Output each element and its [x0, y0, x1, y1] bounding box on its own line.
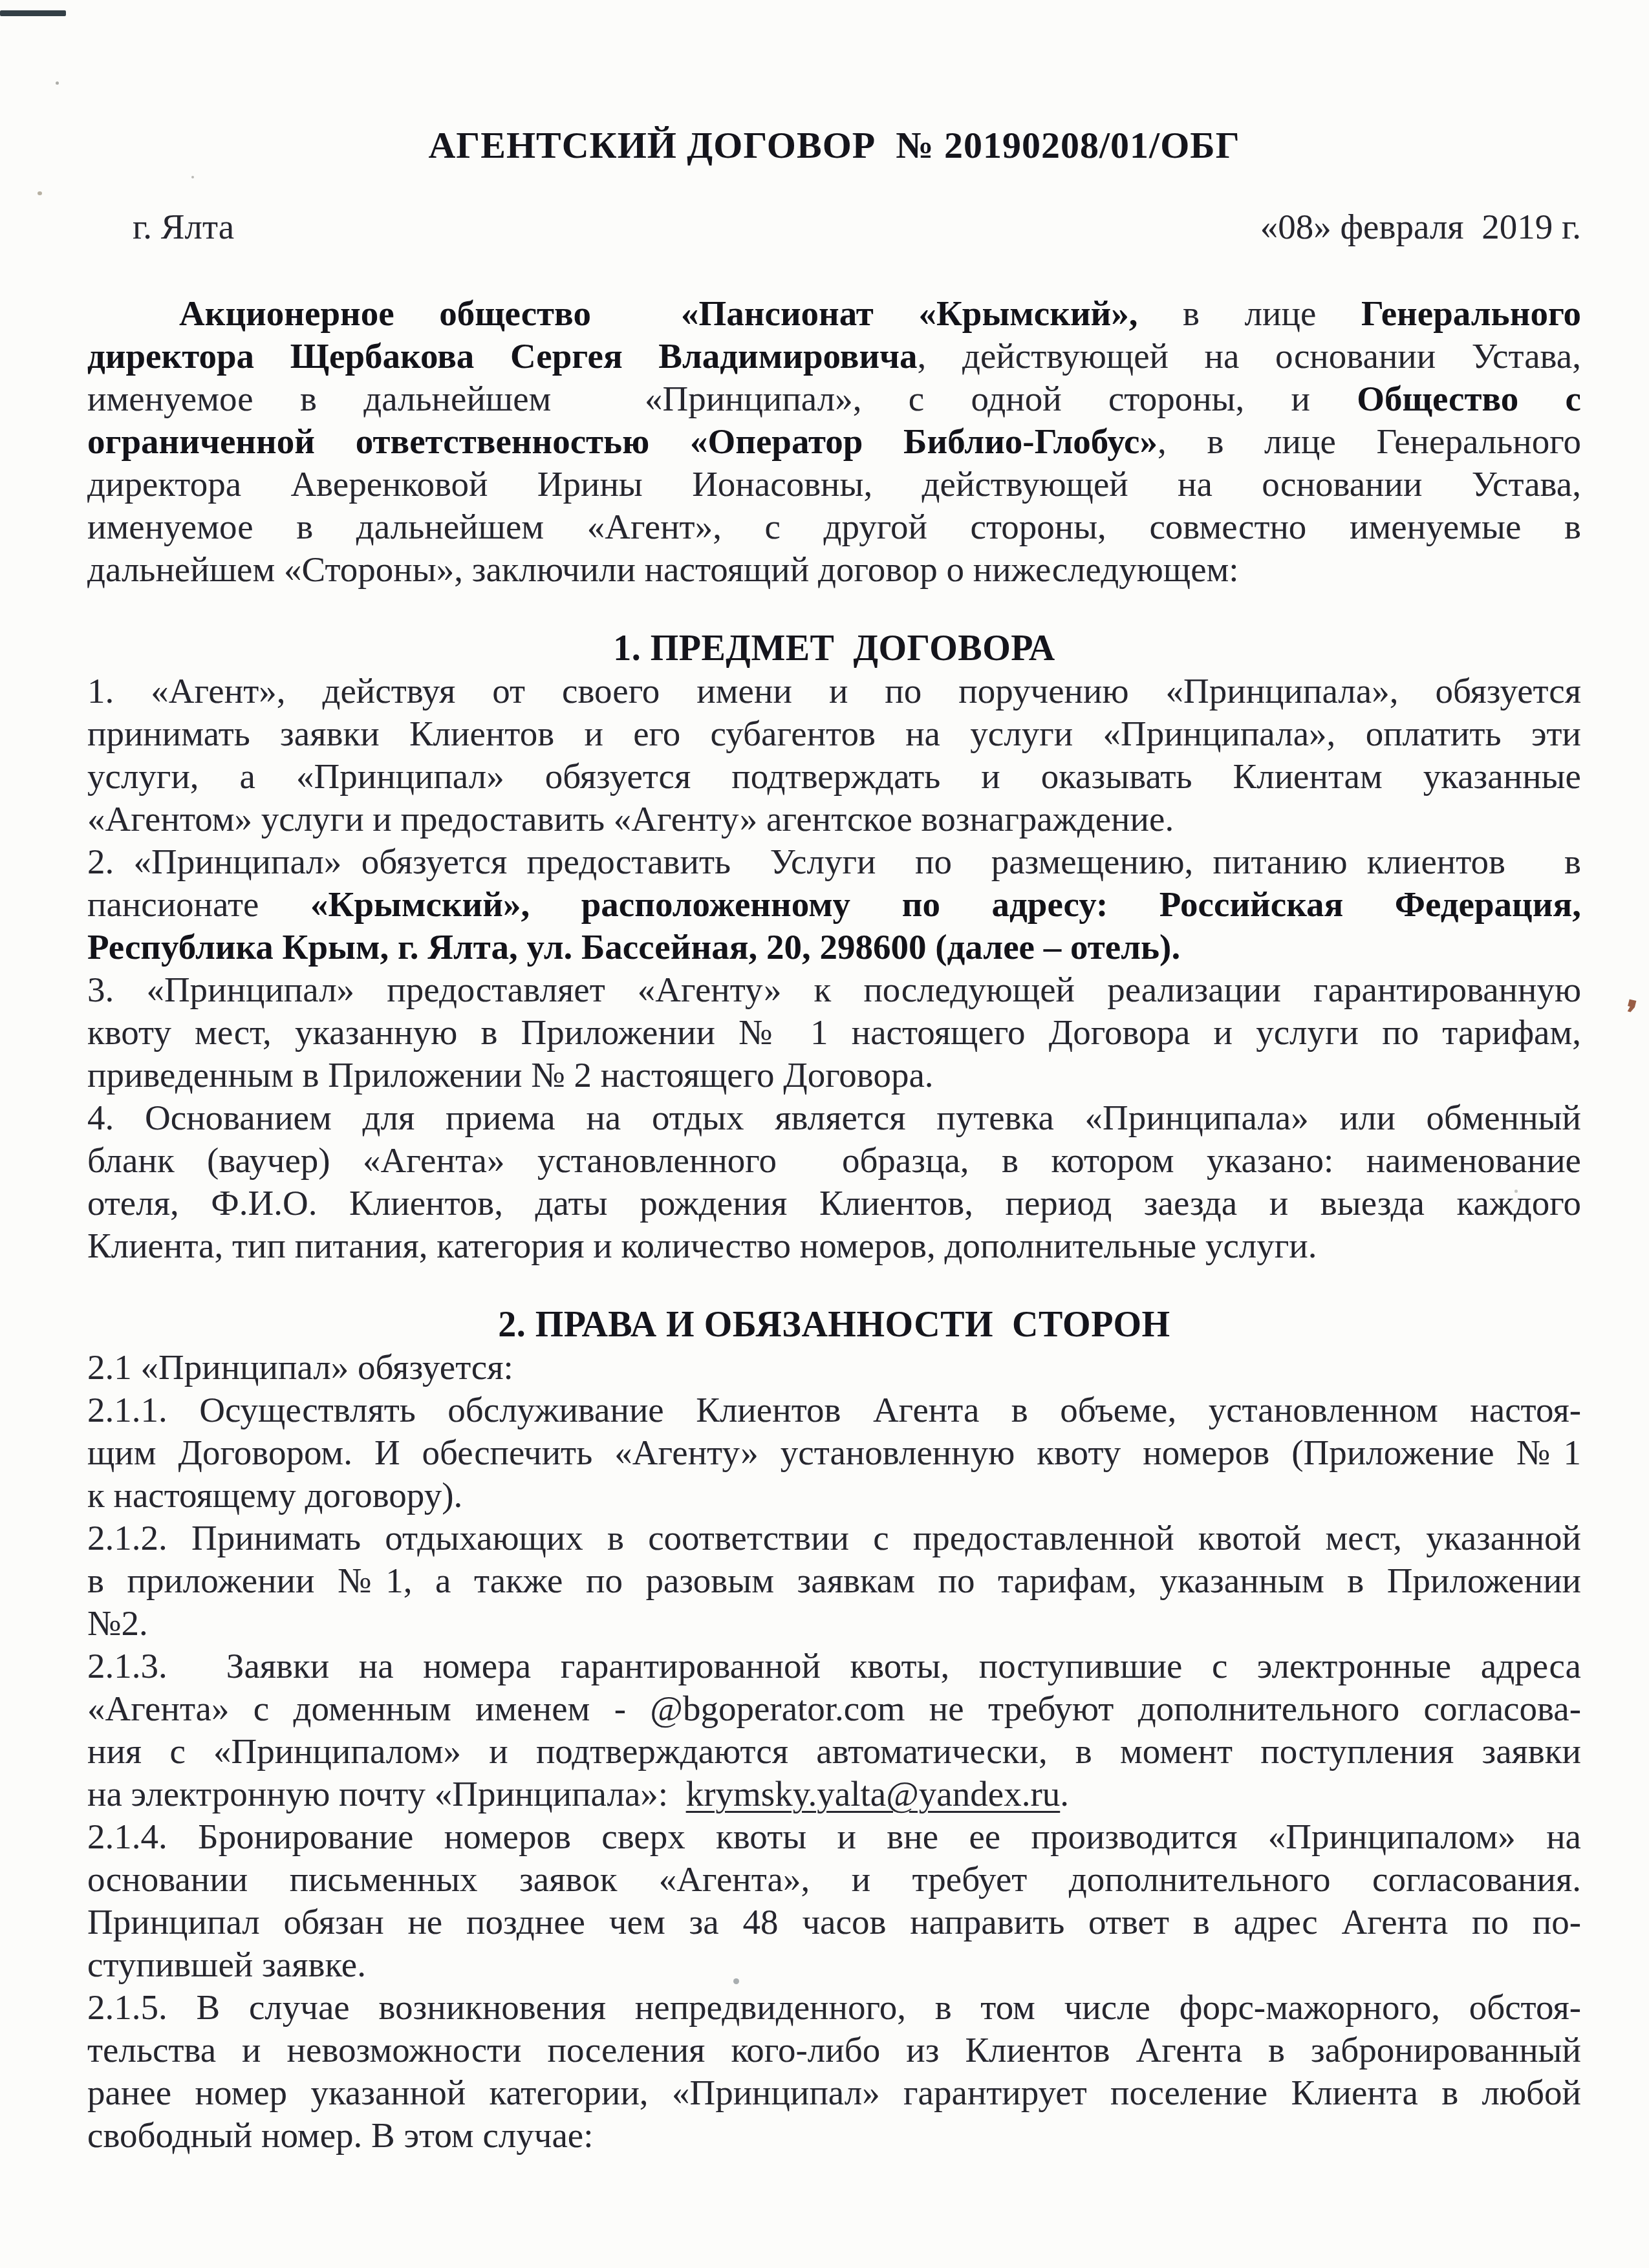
- scan-artifact-fleck: ❜: [1620, 994, 1640, 1034]
- text-line: 1. «Агент», действуя от своего имени и п…: [87, 670, 1581, 712]
- clause-2-1-5: 2.1.5. В случае возникновения непредвиде…: [87, 1986, 1581, 2157]
- text-segment: директора Щербакова Сергея Владимировича: [87, 336, 918, 376]
- text-line: 3. «Принципал» предоставляет «Агенту» к …: [87, 968, 1581, 1011]
- text-segment: дальнейшем «Стороны», заключили настоящи…: [87, 550, 1239, 589]
- preamble-paragraph: Акционерное общество «Пансионат «Крымски…: [87, 292, 1581, 591]
- text-line: ранее номер указанной категории, «Принци…: [87, 2071, 1581, 2114]
- text-line: №2.: [87, 1602, 1581, 1645]
- text-line: ступившей заявке.: [87, 1943, 1581, 1986]
- text-segment: , в лице Генерального: [1158, 422, 1581, 461]
- text-segment: директора Аверенковой Ирины Ионасовны,: [87, 464, 872, 504]
- text-line: именуемое в дальнейшем «Агент», с другой…: [87, 506, 1581, 548]
- contract-title: АГЕНТСКИЙ ДОГОВОР № 20190208/01/ОБГ: [87, 124, 1581, 167]
- place-date-row: г. Ялта «08» февраля 2019 г.: [87, 206, 1581, 248]
- text-line: Акционерное общество «Пансионат «Крымски…: [87, 292, 1581, 335]
- text-line: 2. «Принципал» обязуется предоставить Ус…: [87, 840, 1581, 883]
- text-segment: в приложении №1, а также по разовым заяв…: [87, 1561, 1581, 1600]
- text-segment: 2.1 «Принципал» обязуется:: [87, 1347, 513, 1387]
- clause-3: 3. «Принципал» предоставляет «Агенту» к …: [87, 968, 1581, 1097]
- email-address: krymsky.yalta@yandex.ru: [686, 1774, 1061, 1813]
- text-line: 2.1 «Принципал» обязуется:: [87, 1346, 1581, 1389]
- text-segment: именуемое в дальнейшем «Принципал», с од…: [87, 379, 1357, 418]
- contract-date: «08» февраля 2019 г.: [1260, 206, 1581, 248]
- text-line: свободный номер. В этом случае:: [87, 2114, 1581, 2157]
- clause-2-1-2: 2.1.2. Принимать отдыхающих в соответств…: [87, 1517, 1581, 1645]
- section-heading: 1. ПРЕДМЕТ ДОГОВОРА: [87, 627, 1581, 670]
- clause-2-1: 2.1 «Принципал» обязуется:: [87, 1346, 1581, 1389]
- text-segment: основании письменных заявок «Агента», и …: [87, 1859, 1581, 1899]
- text-segment: 3. «Принципал» предоставляет «Агенту» к …: [87, 970, 1581, 1009]
- text-line: «Агентом» услуги и предоставить «Агенту»…: [87, 798, 1581, 840]
- text-segment: свободный номер. В этом случае:: [87, 2115, 594, 2155]
- text-line: на электронную почту «Принципала»: kryms…: [87, 1773, 1581, 1815]
- text-line: директора Щербакова Сергея Владимировича…: [87, 335, 1581, 378]
- text-segment: ступившей заявке.: [87, 1945, 366, 1984]
- text-line: 2.1.4. Бронирование номеров сверх квоты …: [87, 1815, 1581, 1858]
- scan-artifact-bar: [0, 10, 66, 16]
- text-segment: «Агентом» услуги и предоставить «Агенту»…: [87, 799, 1174, 839]
- document-blocks: Акционерное общество «Пансионат «Крымски…: [87, 292, 1581, 2157]
- text-segment: Акционерное общество «Пансионат «Крымски…: [179, 294, 1138, 333]
- text-segment: пансионате: [87, 884, 310, 924]
- text-segment: Генерального: [1361, 294, 1581, 333]
- clause-4: 4. Основанием для приема на отдых являет…: [87, 1097, 1581, 1267]
- text-line: услуги, а «Принципал» обязуется подтверж…: [87, 755, 1581, 798]
- text-line: тельства и невозможности поселения кого-…: [87, 2029, 1581, 2071]
- text-segment: Клиента, тип питания, категория и количе…: [87, 1226, 1317, 1265]
- text-segment: бланк (ваучер) «Агента» установленного о…: [87, 1140, 1581, 1180]
- text-line: принимать заявки Клиентов и его субагент…: [87, 712, 1581, 755]
- text-segment: 2.1.4. Бронирование номеров сверх квоты …: [87, 1817, 1581, 1856]
- text-segment: 4. Основанием для приема на отдых являет…: [87, 1098, 1581, 1137]
- text-segment: 1. «Агент», действуя от своего имени и п…: [87, 671, 1581, 711]
- text-segment: действующей на основании Устава,: [872, 464, 1581, 504]
- contract-page: ❜ АГЕНТСКИЙ ДОГОВОР № 20190208/01/ОБГ г.…: [0, 0, 1649, 2268]
- text-segment: приведенным в Приложении № 2 настоящего …: [87, 1055, 934, 1095]
- text-segment: отеля, Ф.И.О. Клиентов, даты рождения Кл…: [87, 1183, 1581, 1223]
- text-segment: 2. «Принципал» обязуется предоставить Ус…: [87, 842, 1581, 881]
- text-segment: ранее номер указанной категории, «Принци…: [87, 2073, 1581, 2112]
- text-line: 2.1.5. В случае возникновения непредвиде…: [87, 1986, 1581, 2029]
- text-line: Клиента, тип питания, категория и количе…: [87, 1225, 1581, 1267]
- text-line: пансионате «Крымский», расположенному по…: [87, 883, 1581, 926]
- text-segment: «Агента» с доменным именем - @bgoperator…: [87, 1689, 1581, 1728]
- text-segment: 2.1.5. В случае возникновения непредвиде…: [87, 1987, 1581, 2027]
- text-segment: тельства и невозможности поселения кого-…: [87, 2030, 1581, 2070]
- clause-2: 2. «Принципал» обязуется предоставить Ус…: [87, 840, 1581, 968]
- text-line: основании письменных заявок «Агента», и …: [87, 1858, 1581, 1901]
- text-segment: в лице: [1138, 294, 1361, 333]
- contract-place: г. Ялта: [87, 206, 234, 248]
- text-segment: принимать заявки Клиентов и его субагент…: [87, 714, 1581, 753]
- text-segment: Общество с: [1357, 379, 1581, 418]
- text-segment: ограниченной ответственностью «Оператор …: [87, 422, 1158, 461]
- text-line: в приложении №1, а также по разовым заяв…: [87, 1559, 1581, 1602]
- text-line: ограниченной ответственностью «Оператор …: [87, 420, 1581, 463]
- text-segment: .: [1060, 1774, 1069, 1813]
- text-line: «Агента» с доменным именем - @bgoperator…: [87, 1687, 1581, 1730]
- text-line: отеля, Ф.И.О. Клиентов, даты рождения Кл…: [87, 1182, 1581, 1225]
- text-segment: 2.1.1. Осуществлять обслуживание Клиенто…: [87, 1390, 1581, 1429]
- text-line: именуемое в дальнейшем «Принципал», с од…: [87, 378, 1581, 420]
- section-heading: 2. ПРАВА И ОБЯЗАННОСТИ СТОРОН: [87, 1303, 1581, 1346]
- text-segment: «Крымский», расположенному по адресу: Ро…: [310, 884, 1581, 924]
- text-segment: Республика Крым, г. Ялта, ул. Бассейная,…: [87, 927, 1180, 967]
- text-segment: на электронную почту «Принципала»:: [87, 1774, 686, 1813]
- text-segment: услуги, а «Принципал» обязуется подтверж…: [87, 756, 1581, 796]
- text-segment: ния с «Принципалом» и подтверждаются авт…: [87, 1731, 1581, 1771]
- scan-artifact-speck: [38, 191, 42, 195]
- text-segment: №2.: [87, 1603, 148, 1643]
- text-line: 2.1.3. Заявки на номера гарантированной …: [87, 1645, 1581, 1687]
- text-segment: 2.1.3. Заявки на номера гарантированной …: [87, 1646, 1581, 1685]
- text-line: бланк (ваучер) «Агента» установленного о…: [87, 1139, 1581, 1182]
- text-line: Принципал обязан не позднее чем за 48 ча…: [87, 1901, 1581, 1943]
- clause-2-1-1: 2.1.1. Осуществлять обслуживание Клиенто…: [87, 1389, 1581, 1517]
- text-line: ния с «Принципалом» и подтверждаются авт…: [87, 1730, 1581, 1773]
- scan-artifact-speck: [56, 81, 59, 85]
- text-segment: 2.1.2. Принимать отдыхающих в соответств…: [87, 1518, 1581, 1557]
- text-line: приведенным в Приложении № 2 настоящего …: [87, 1054, 1581, 1097]
- text-segment: Принципал обязан не позднее чем за 48 ча…: [87, 1902, 1581, 1942]
- text-segment: , действующей на основании Устава,: [918, 336, 1581, 376]
- text-segment: щим Договором. И обеспечить «Агенту» уст…: [87, 1433, 1581, 1472]
- clause-1: 1. «Агент», действуя от своего имени и п…: [87, 670, 1581, 840]
- text-segment: квоту мест, указанную в Приложении № 1 н…: [87, 1012, 1581, 1052]
- text-line: Республика Крым, г. Ялта, ул. Бассейная,…: [87, 926, 1581, 968]
- text-segment: к настоящему договору).: [87, 1475, 462, 1515]
- text-line: 4. Основанием для приема на отдых являет…: [87, 1097, 1581, 1139]
- text-line: 2.1.1. Осуществлять обслуживание Клиенто…: [87, 1389, 1581, 1431]
- text-line: щим Договором. И обеспечить «Агенту» уст…: [87, 1431, 1581, 1474]
- text-line: квоту мест, указанную в Приложении № 1 н…: [87, 1011, 1581, 1054]
- text-line: к настоящему договору).: [87, 1474, 1581, 1517]
- text-line: 2.1.2. Принимать отдыхающих в соответств…: [87, 1517, 1581, 1559]
- text-line: дальнейшем «Стороны», заключили настоящи…: [87, 548, 1581, 591]
- clause-2-1-4: 2.1.4. Бронирование номеров сверх квоты …: [87, 1815, 1581, 1986]
- text-segment: именуемое в дальнейшем «Агент», с другой…: [87, 507, 1581, 546]
- text-line: директора Аверенковой Ирины Ионасовны, д…: [87, 463, 1581, 506]
- contract-document: АГЕНТСКИЙ ДОГОВОР № 20190208/01/ОБГ г. Я…: [87, 0, 1581, 2157]
- clause-2-1-3: 2.1.3. Заявки на номера гарантированной …: [87, 1645, 1581, 1815]
